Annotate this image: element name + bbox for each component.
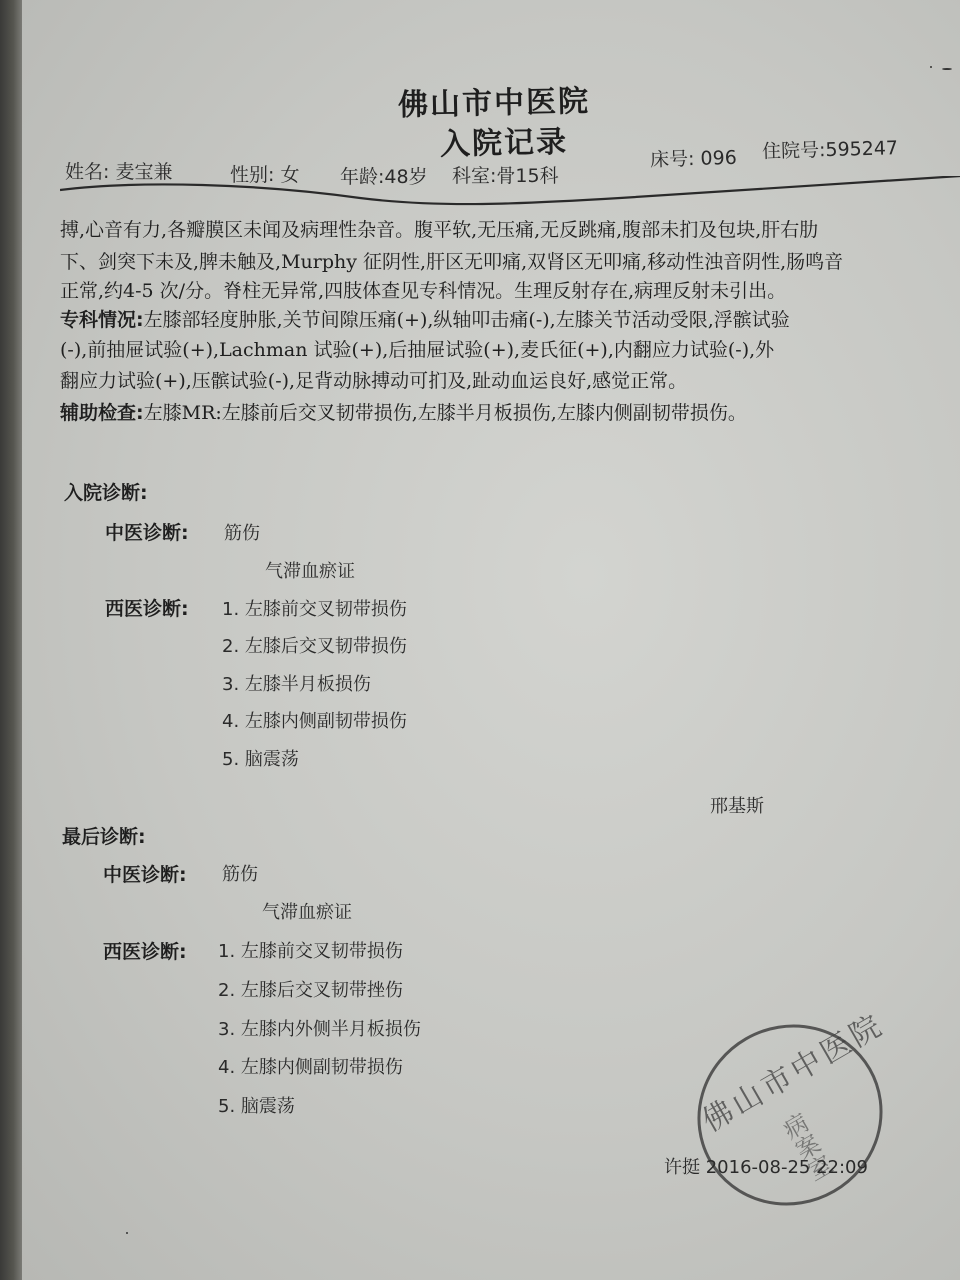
final-western-item: 4. 左膝内侧副韧带损伤 [218,1053,403,1079]
final-western-item: 5. 脑震荡 [218,1092,295,1118]
auxiliary-exam-line: 辅助检查:左膝MR:左膝前后交叉韧带损伤,左膝半月板损伤,左膝内侧副韧带损伤。 [60,395,747,432]
admission-western-item: 2. 左膝后交叉韧带损伤 [222,632,407,658]
bed-field: 床号: 096 [650,143,737,172]
paper-speck [942,68,952,70]
bed-value: 096 [700,147,737,170]
specialty-label: 专科情况: [60,309,144,331]
admission-tcm-syndrome: 气滞血瘀证 [265,557,355,583]
final-tcm-label: 中医诊断: [103,860,187,887]
header-divider-line [60,176,960,212]
admission-western-item: 5. 脑震荡 [222,745,299,771]
admission-western-item: 4. 左膝内侧副韧带损伤 [222,707,407,733]
signature-line: 许挺 2016-08-25 22:09 [664,1153,868,1179]
bed-label: 床号: [650,148,695,171]
final-western-item: 1. 左膝前交叉韧带损伤 [218,937,403,963]
admission-western-item: 3. 左膝半月板损伤 [222,670,371,696]
signer-name: 许挺 [664,1157,700,1178]
final-diagnosis-heading: 最后诊断: [62,822,146,849]
specialty-text: 左膝部轻度肿胀,关节间隙压痛(+),纵轴叩击痛(-),左膝关节活动受限,浮髌试验 [144,309,790,331]
admission-number-field: 住院号:595247 [762,133,899,164]
admission-number-label: 住院号: [762,139,826,163]
final-western-label: 西医诊断: [103,937,187,964]
admission-diagnosis-heading: 入院诊断: [64,478,148,505]
admission-western-label: 西医诊断: [105,594,189,621]
record-title: 入院记录 [440,117,569,164]
admitting-physician-name: 邢基斯 [710,792,764,818]
signature-datetime: 2016-08-25 22:09 [706,1157,868,1178]
admission-tcm-label: 中医诊断: [105,518,189,545]
final-tcm-syndrome: 气滞血瘀证 [262,898,352,924]
auxiliary-text: 左膝MR:左膝前后交叉韧带损伤,左膝半月板损伤,左膝内侧副韧带损伤。 [144,402,747,424]
photo-left-edge [0,0,22,1280]
auxiliary-label: 辅助检查: [60,402,144,424]
admission-western-item: 1. 左膝前交叉韧带损伤 [222,595,407,621]
final-western-item: 3. 左膝内外侧半月板损伤 [218,1015,421,1041]
final-tcm-primary: 筋伤 [222,860,258,886]
paper-speck [930,66,932,68]
admission-tcm-primary: 筋伤 [224,519,260,545]
final-western-item: 2. 左膝后交叉韧带挫伤 [218,976,403,1002]
paper-speck [126,1232,128,1234]
admission-number-value: 595247 [825,137,898,161]
